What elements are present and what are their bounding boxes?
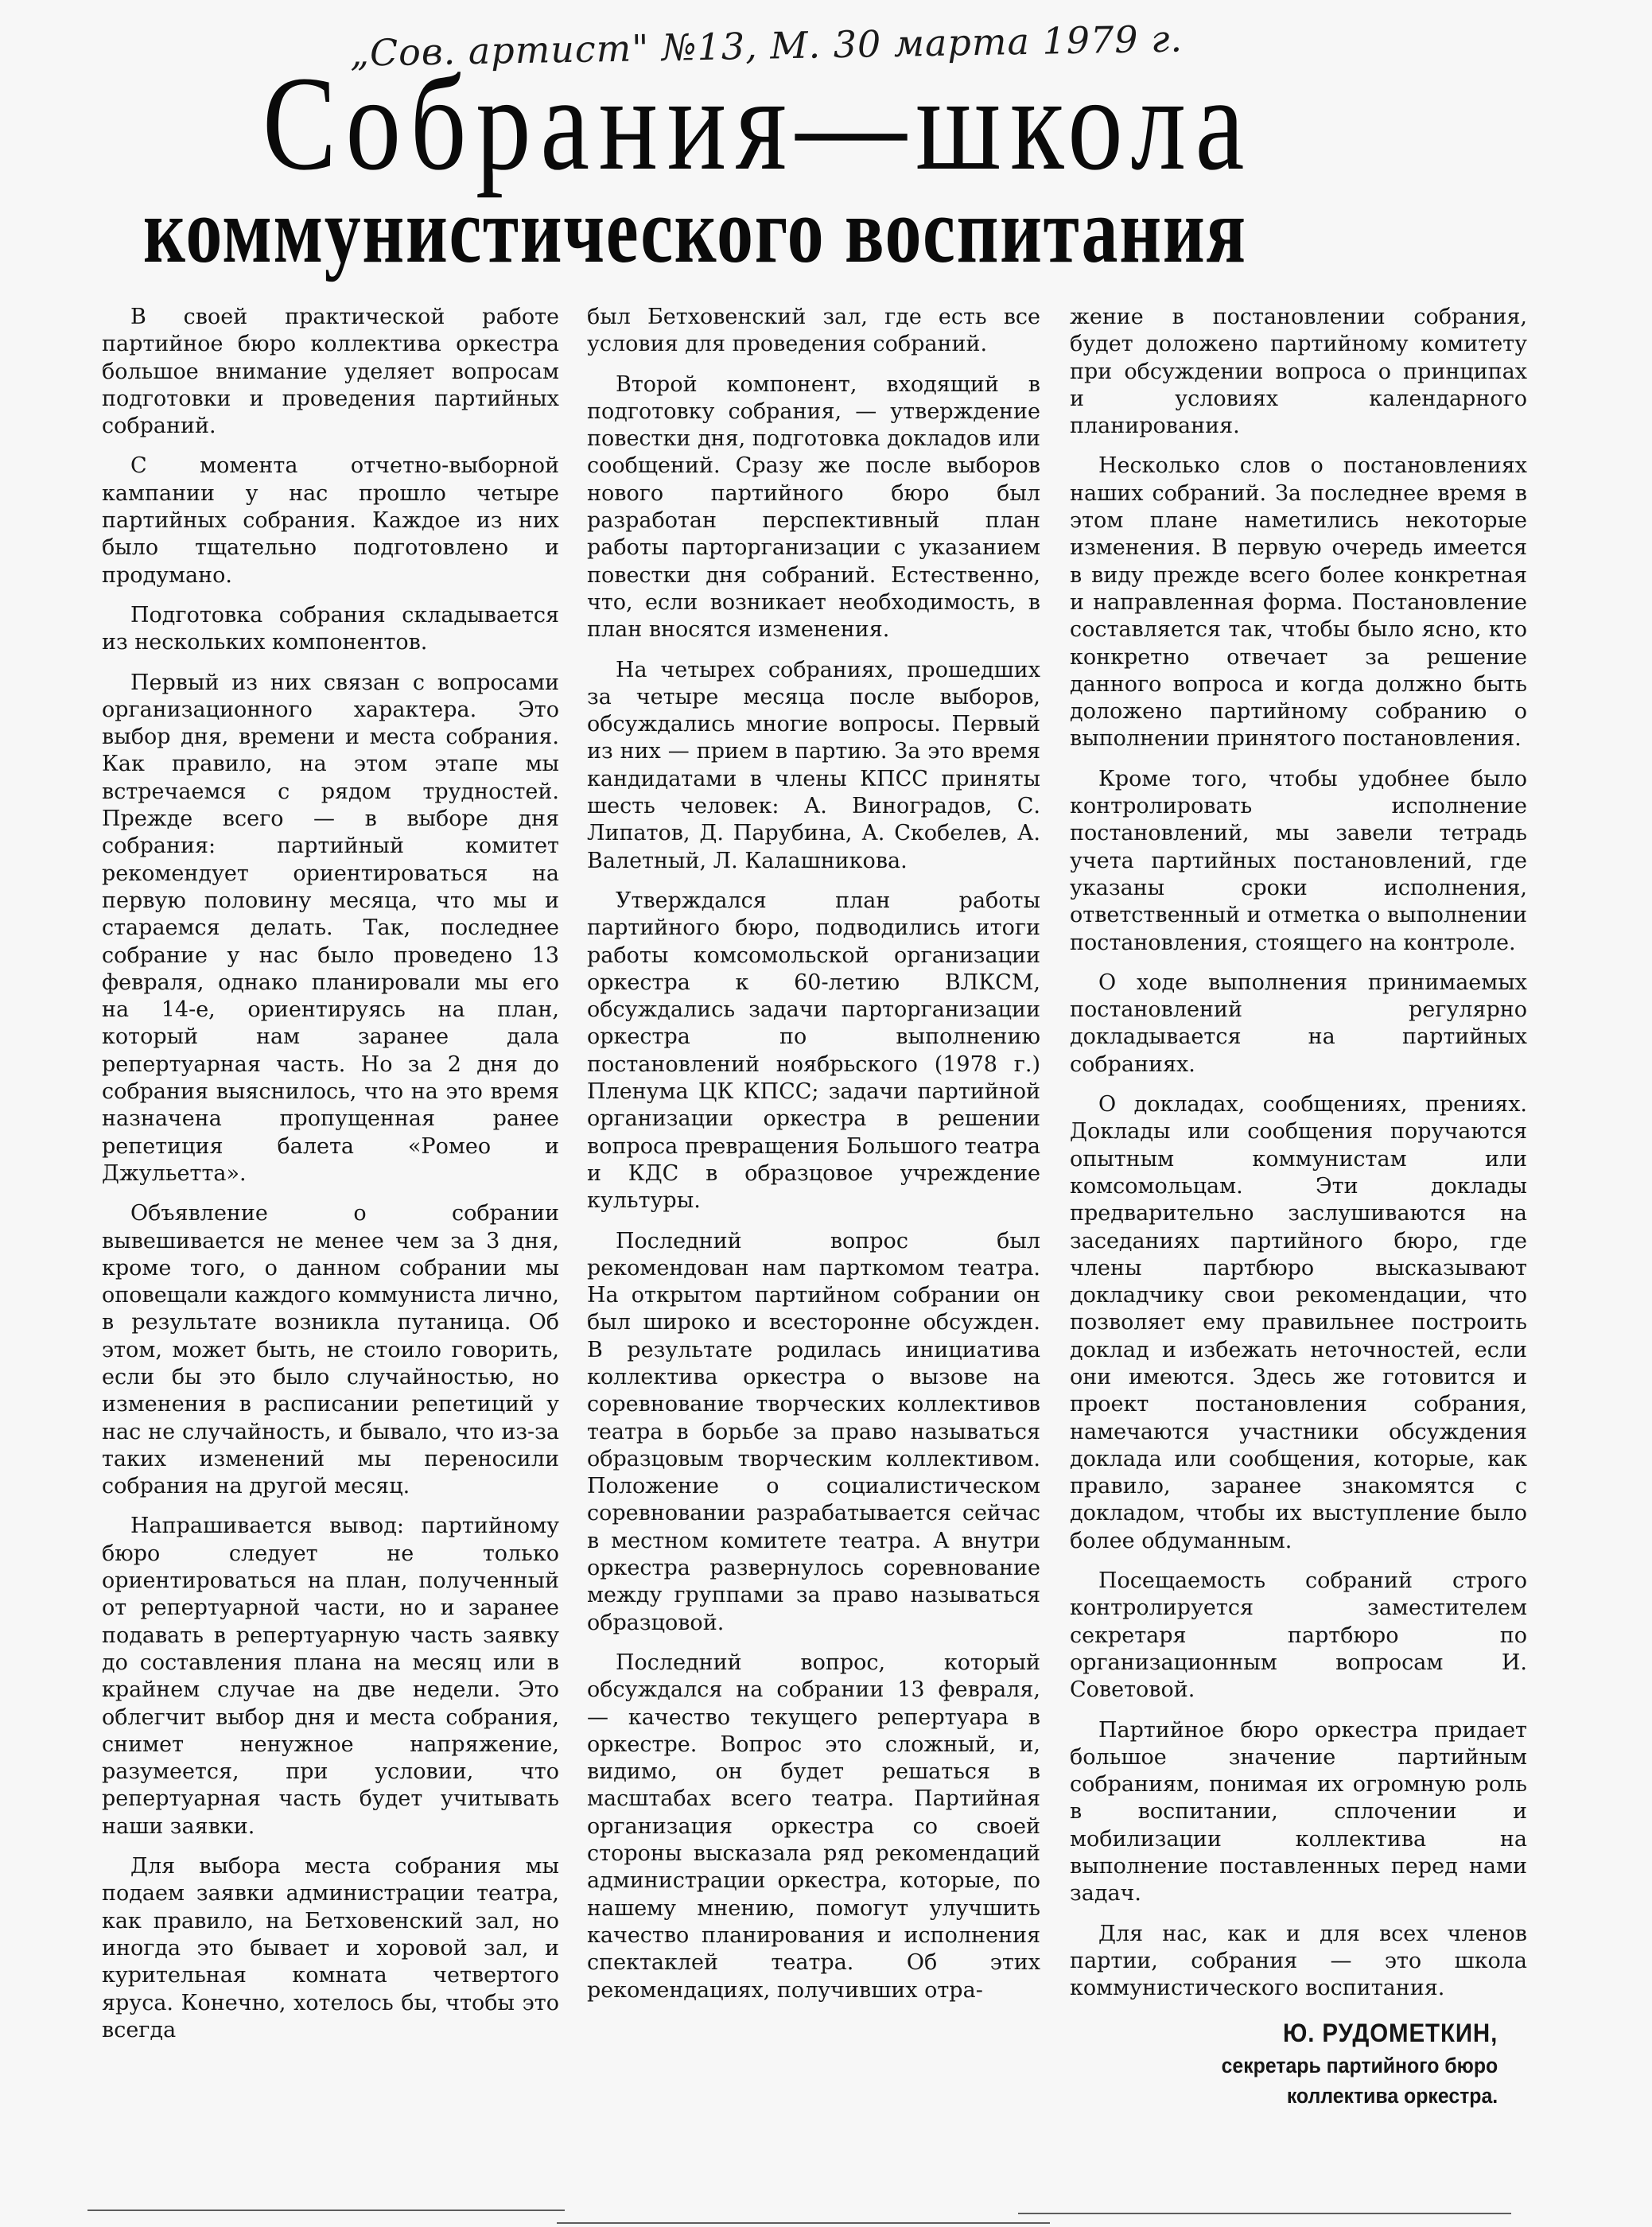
article-column-1: В своей практической работе партийное бю… [102, 304, 559, 2057]
paragraph: Для выбора места собрания мы подаем заяв… [102, 1853, 559, 2044]
paragraph-continued: жение в постановлении собрания, будет до… [1070, 304, 1527, 440]
bottom-clipping-edge [557, 2222, 1050, 2224]
paragraph: Напрашивается вывод: партийному бюро сле… [102, 1513, 559, 1840]
article-column-3: жение в постановлении собрания, будет до… [1070, 304, 1527, 2111]
author-role-cont: коллектива оркестра. [1106, 2081, 1498, 2111]
paragraph: Посещаемость собраний строго контролируе… [1070, 1568, 1527, 1704]
paragraph: Несколько слов о постановлениях наших со… [1070, 453, 1527, 752]
paragraph: В своей практической работе партийное бю… [102, 304, 559, 440]
paragraph: Для нас, как и для всех членов партии, с… [1070, 1921, 1527, 2003]
paragraph: О ходе выполнения принимаемых постановле… [1070, 970, 1527, 1079]
paragraph: Утверждался план работы партийного бюро,… [587, 888, 1040, 1215]
paragraph: Подготовка собрания складывается из неск… [102, 602, 559, 657]
paragraph: Партийное бюро оркестра придает большое … [1070, 1717, 1527, 1908]
author-name: Ю. РУДОМЕТКИН, [1106, 2015, 1498, 2050]
bottom-clipping-edge [1018, 2213, 1511, 2214]
paragraph: Объявление о собрании вывешивается не ме… [102, 1200, 559, 1500]
author-signature: Ю. РУДОМЕТКИН, секретарь партийного бюро… [1106, 2015, 1527, 2111]
headline-line-1: Собрания—школа [262, 56, 1188, 191]
paragraph: Второй компонент, входящий в подготовку … [587, 371, 1040, 644]
paragraph: С момента отчетно-выборной кампании у на… [102, 453, 559, 589]
paragraph: О докладах, сообщениях, прениях. Доклады… [1070, 1091, 1527, 1555]
article-column-2: был Бетховенский зал, где есть все услов… [587, 304, 1040, 2017]
paragraph: Первый из них связан с вопросами организ… [102, 670, 559, 1188]
author-role: секретарь партийного бюро [1106, 2050, 1498, 2081]
paragraph: На четырех собраниях, прошедших за четыр… [587, 657, 1040, 875]
paragraph: Кроме того, чтобы удобнее было контролир… [1070, 766, 1527, 957]
headline-line-2: коммунистического воспитания [143, 179, 1198, 282]
paragraph-continued: был Бетховенский зал, где есть все услов… [587, 304, 1040, 359]
paragraph: Последний вопрос был рекомендован нам па… [587, 1228, 1040, 1637]
paragraph: Последний вопрос, который обсуждался на … [587, 1650, 1040, 2004]
bottom-clipping-edge [87, 2210, 565, 2211]
